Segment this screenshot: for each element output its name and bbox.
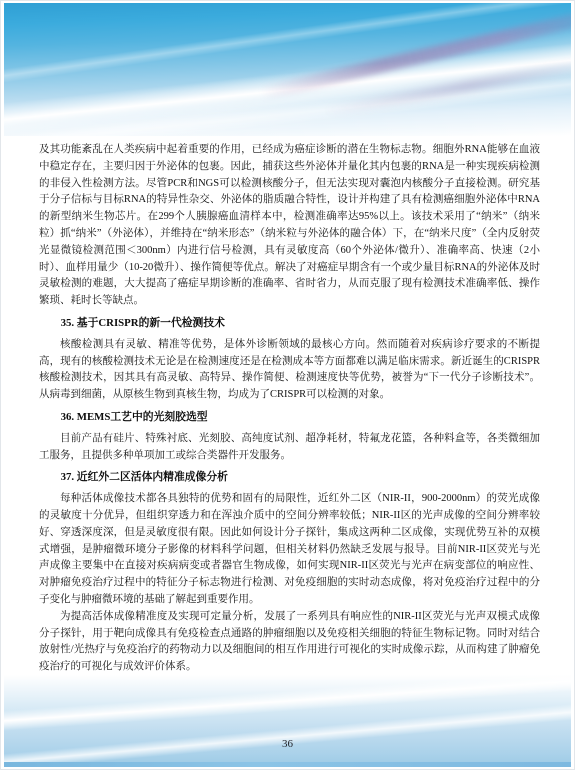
header-decoration-banner — [4, 3, 571, 136]
section-heading-36: 36. MEMS工艺中的光刻胶选型 — [39, 409, 540, 426]
document-page: 及其功能紊乱在人类疾病中起着重要的作用，已经成为癌症诊断的潜在生物标志物。细胞外… — [0, 0, 575, 770]
section-36-paragraph: 目前产品有硅片、特殊衬底、光刻胶、高纯度试剂、超净耗材，特氟龙花篮，各种料盒等，… — [39, 431, 540, 465]
document-body: 及其功能紊乱在人类疾病中起着重要的作用，已经成为癌症诊断的潜在生物标志物。细胞外… — [39, 142, 540, 676]
continuation-paragraph: 及其功能紊乱在人类疾病中起着重要的作用，已经成为癌症诊断的潜在生物标志物。细胞外… — [39, 142, 540, 310]
footer-bottom-strip — [4, 762, 571, 767]
section-heading-35: 35. 基于CRISPR的新一代检测技术 — [39, 315, 540, 332]
section-35-paragraph: 核酸检测具有灵敏、精准等优势，是体外诊断领域的最核心方向。然而随着对疾病诊疗要求… — [39, 337, 540, 404]
section-37-paragraph-1: 每种活体成像技术都各具独特的优势和固有的局限性，近红外二区（NIR-II，900… — [39, 491, 540, 609]
section-37-paragraph-2: 为提高活体成像精准度及实现可定量分析，发展了一系列具有响应性的NIR-II区荧光… — [39, 609, 540, 676]
page-number: 36 — [4, 738, 571, 750]
footer-decoration-banner: 36 — [4, 675, 571, 767]
section-heading-37: 37. 近红外二区活体内精准成像分析 — [39, 469, 540, 486]
